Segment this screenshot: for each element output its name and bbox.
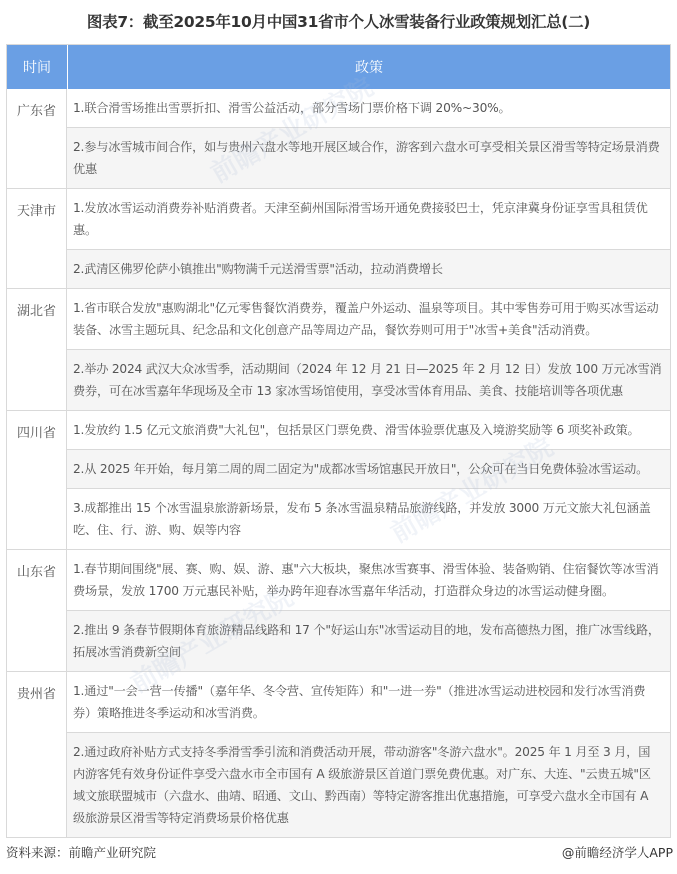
policy-item: 2.武清区佛罗伦萨小镇推出"购物满千元送滑雪票"活动，拉动消费增长 xyxy=(67,249,670,288)
province-label: 贵州省 xyxy=(7,672,67,837)
policy-item: 2.通过政府补贴方式支持冬季滑雪季引流和消费活动开展，带动游客"冬游六盘水"。2… xyxy=(67,732,670,837)
row-group-hubei: 湖北省 1.省市联合发放"惠购湖北"亿元零售餐饮消费券，覆盖户外运动、温泉等项目… xyxy=(7,288,670,410)
policy-item: 2.推出 9 条春节假期体育旅游精品线路和 17 个"好运山东"冰雪运动目的地，… xyxy=(67,610,670,671)
row-group-guizhou: 贵州省 1.通过"一会一营一传播"（嘉年华、冬令营、宣传矩阵）和"一进一券"（推… xyxy=(7,671,670,837)
policy-item: 1.通过"一会一营一传播"（嘉年华、冬令营、宣传矩阵）和"一进一券"（推进冰雪运… xyxy=(67,672,670,732)
row-group-shandong: 山东省 1.春节期间围绕"展、赛、购、娱、游、惠"六大板块，聚焦冰雪赛事、滑雪体… xyxy=(7,549,670,671)
policy-item: 1.省市联合发放"惠购湖北"亿元零售餐饮消费券，覆盖户外运动、温泉等项目。其中零… xyxy=(67,289,670,349)
policy-table: 时间 政策 广东省 1.联合滑雪场推出雪票折扣、滑雪公益活动，部分雪场门票价格下… xyxy=(6,44,671,838)
row-group-guangdong: 广东省 1.联合滑雪场推出雪票折扣、滑雪公益活动，部分雪场门票价格下调 20%~… xyxy=(7,89,670,188)
source-note: 资料来源：前瞻产业研究院 xyxy=(6,843,156,861)
table-header: 时间 政策 xyxy=(7,45,670,89)
province-label: 广东省 xyxy=(7,89,67,188)
province-label: 山东省 xyxy=(7,550,67,671)
policy-item: 1.发放约 1.5 亿元文旅消费"大礼包"，包括景区门票免费、滑雪体验票优惠及入… xyxy=(67,411,670,449)
header-policy: 政策 xyxy=(68,45,670,89)
province-label: 天津市 xyxy=(7,189,67,288)
policy-item: 2.参与冰雪城市间合作，如与贵州六盘水等地开展区域合作，游客到六盘水可享受相关景… xyxy=(67,127,670,188)
row-group-sichuan: 四川省 1.发放约 1.5 亿元文旅消费"大礼包"，包括景区门票免费、滑雪体验票… xyxy=(7,410,670,549)
policy-item: 2.从 2025 年开始，每月第二周的周二固定为"成都冰雪场馆惠民开放日"，公众… xyxy=(67,449,670,488)
province-label: 湖北省 xyxy=(7,289,67,410)
credit-note: @前瞻经济学人APP xyxy=(562,843,673,861)
row-group-tianjin: 天津市 1.发放冰雪运动消费券补贴消费者。天津至蓟州国际滑雪场开通免费接驳巴士，… xyxy=(7,188,670,288)
chart-title: 图表7：截至2025年10月中国31省市个人冰雪装备行业政策规划汇总(二) xyxy=(0,10,677,32)
province-label: 四川省 xyxy=(7,411,67,549)
policy-item: 1.联合滑雪场推出雪票折扣、滑雪公益活动，部分雪场门票价格下调 20%~30%。 xyxy=(67,89,670,127)
policy-item: 2.举办 2024 武汉大众冰雪季，活动期间（2024 年 12 月 21 日—… xyxy=(67,349,670,410)
policy-item: 3.成都推出 15 个冰雪温泉旅游新场景，发布 5 条冰雪温泉精品旅游线路，并发… xyxy=(67,488,670,549)
policy-item: 1.春节期间围绕"展、赛、购、娱、游、惠"六大板块，聚焦冰雪赛事、滑雪体验、装备… xyxy=(67,550,670,610)
policy-item: 1.发放冰雪运动消费券补贴消费者。天津至蓟州国际滑雪场开通免费接驳巴士，凭京津冀… xyxy=(67,189,670,249)
header-time: 时间 xyxy=(7,45,68,89)
